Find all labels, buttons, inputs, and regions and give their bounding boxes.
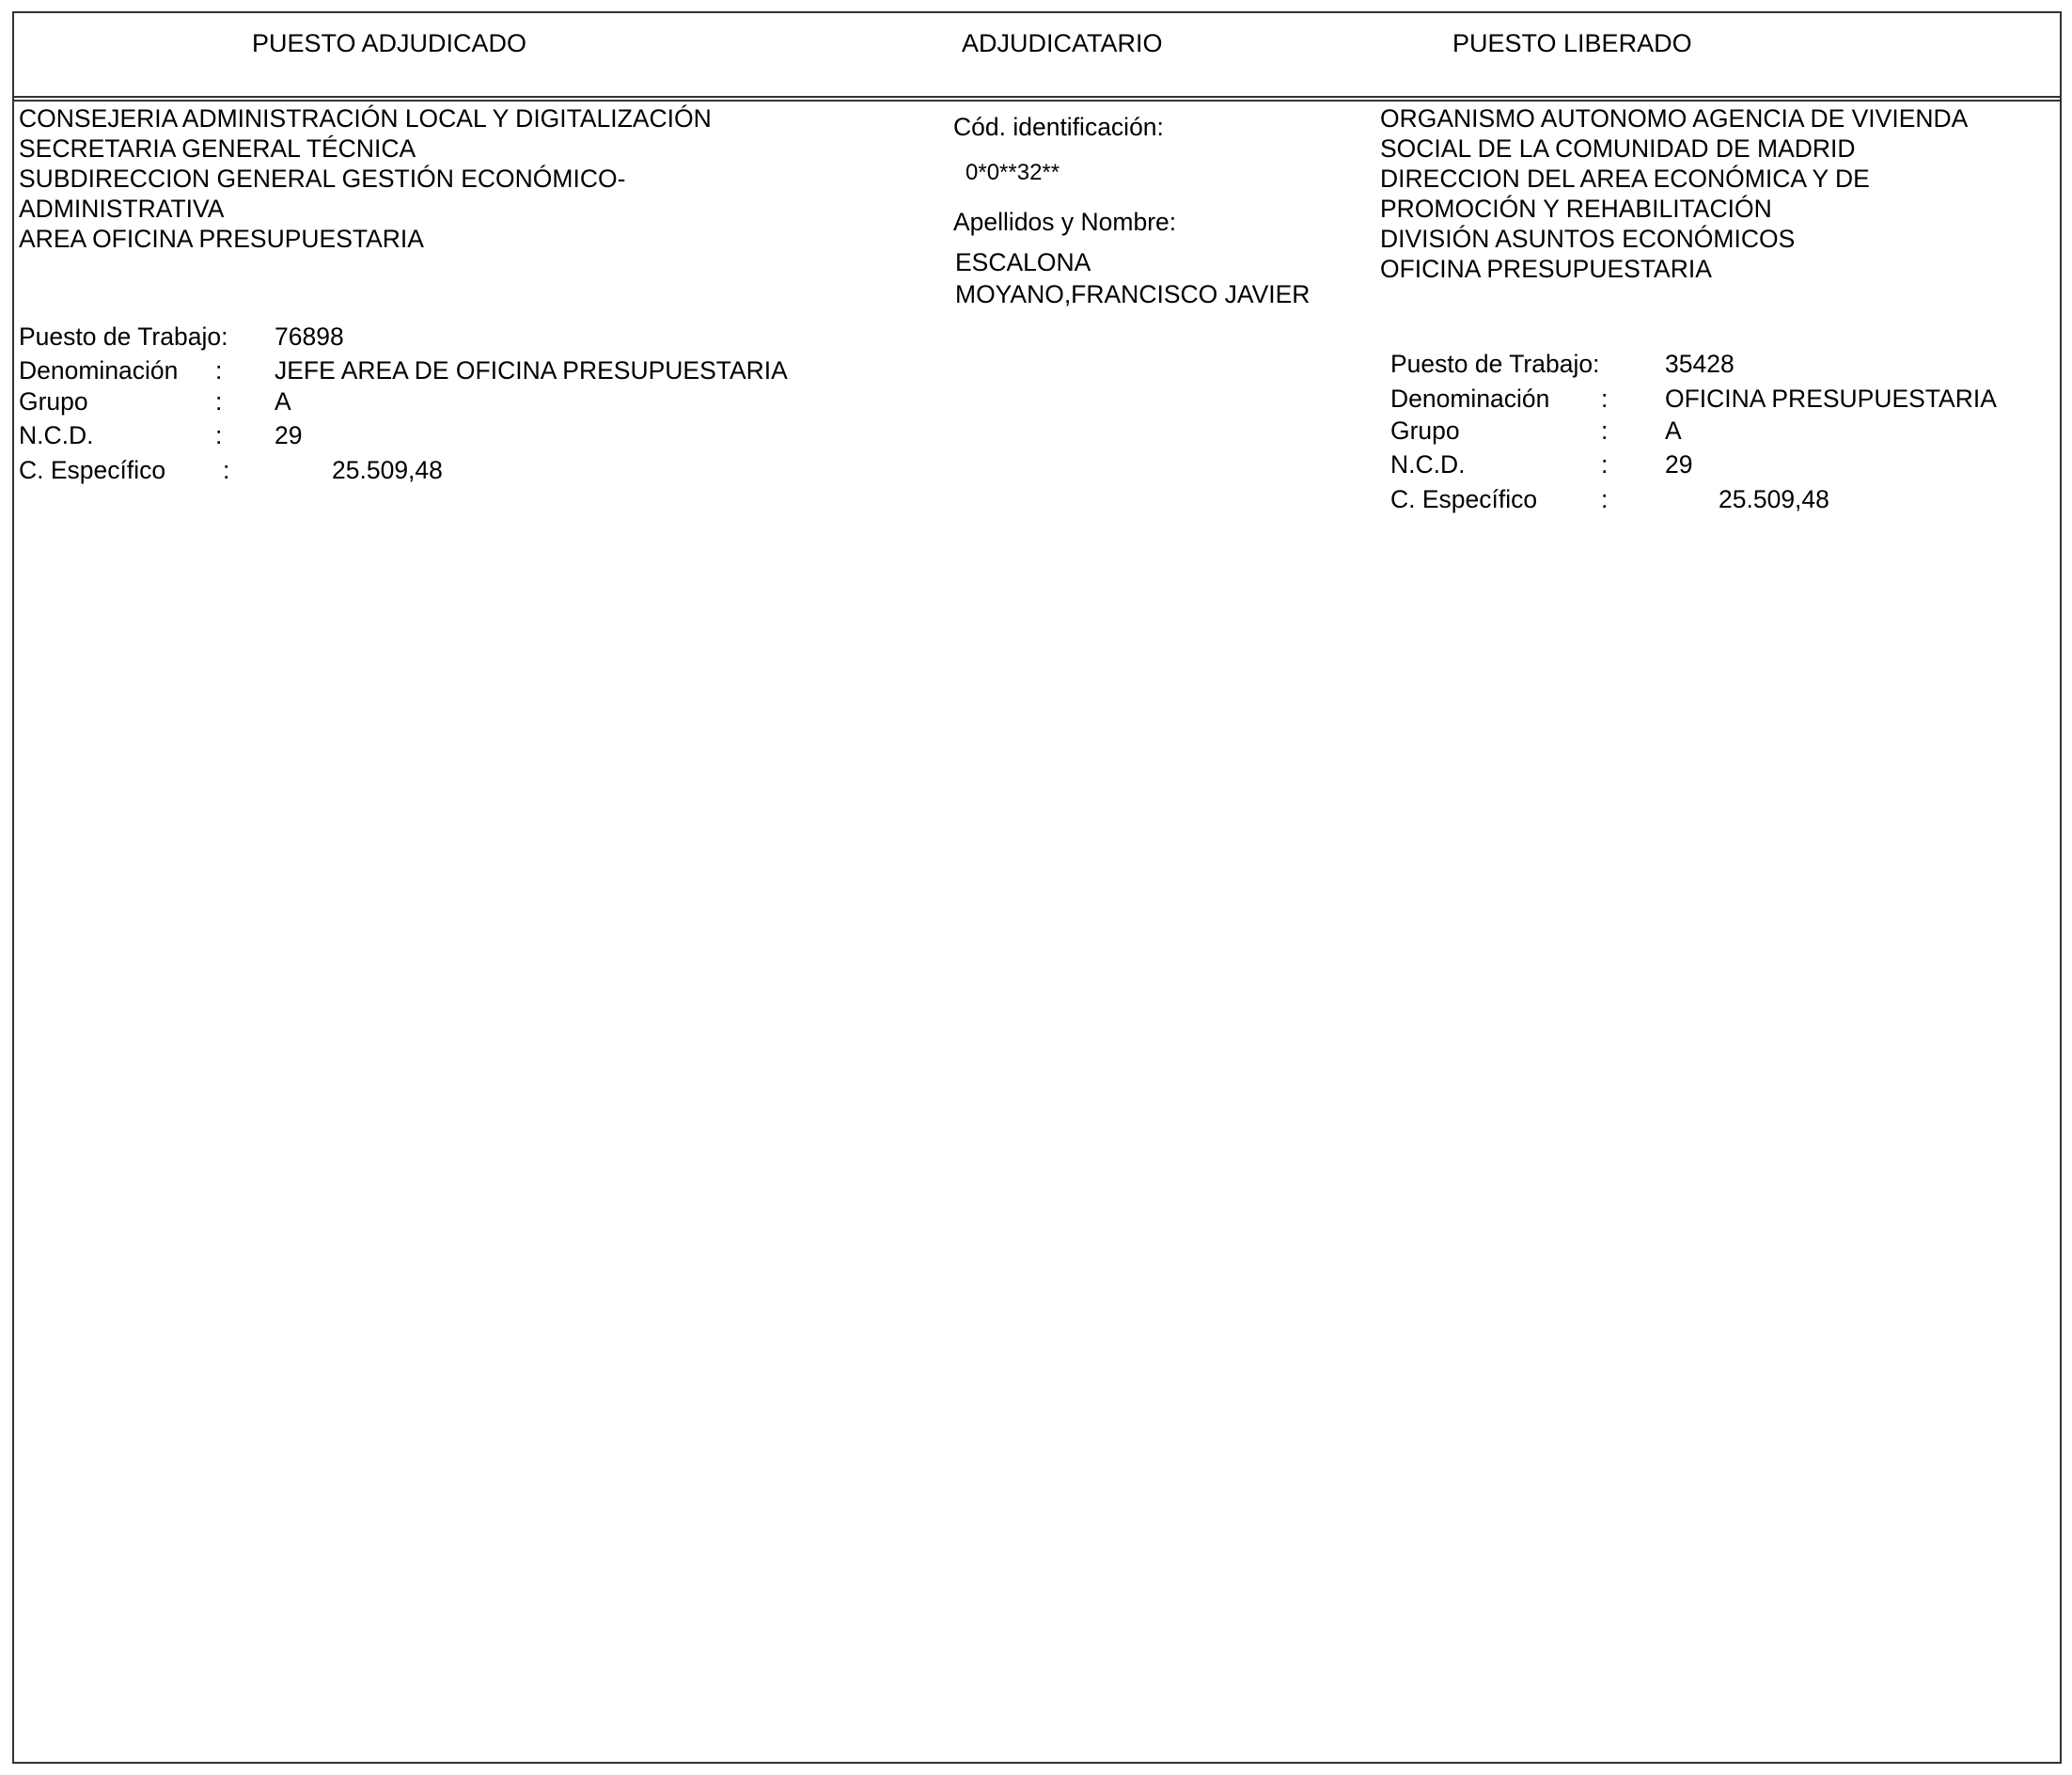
puesto-adjudicado-organization: CONSEJERIA ADMINISTRACIÓN LOCAL Y DIGITA…: [19, 103, 712, 254]
colon: :: [215, 420, 222, 450]
grupo-label: Grupo: [19, 386, 88, 416]
puesto-value: 35428: [1665, 349, 1735, 379]
org-line: OFICINA PRESUPUESTARIA: [1380, 254, 1968, 284]
puesto-label: Puesto de Trabajo:: [1390, 349, 1599, 379]
colon: :: [1601, 416, 1608, 446]
codigo-value: 0*0**32**: [965, 158, 1060, 188]
nombre-line: MOYANO,FRANCISCO JAVIER: [955, 278, 1310, 310]
org-line: DIVISIÓN ASUNTOS ECONÓMICOS: [1380, 224, 1968, 254]
denominacion-label: Denominación: [1390, 384, 1549, 414]
grupo-value: A: [275, 386, 291, 416]
denominacion-value: OFICINA PRESUPUESTARIA: [1665, 384, 1997, 414]
org-line: SUBDIRECCION GENERAL GESTIÓN ECONÓMICO-: [19, 164, 712, 194]
denominacion-value: JEFE AREA DE OFICINA PRESUPUESTARIA: [275, 355, 788, 385]
especifico-value: 25.509,48: [332, 455, 443, 485]
ncd-value: 29: [275, 420, 302, 450]
denominacion-label: Denominación: [19, 355, 178, 385]
nombre-label: Apellidos y Nombre:: [953, 207, 1176, 237]
nombre-line: ESCALONA: [955, 246, 1310, 278]
header-puesto-liberado: PUESTO LIBERADO: [1452, 28, 1692, 58]
colon: :: [1601, 384, 1608, 414]
header-divider: [12, 96, 2062, 98]
org-line: DIRECCION DEL AREA ECONÓMICA Y DE: [1380, 164, 1968, 194]
colon: :: [1601, 449, 1608, 479]
header-puesto-adjudicado: PUESTO ADJUDICADO: [252, 28, 526, 58]
codigo-label: Cód. identificación:: [953, 112, 1164, 142]
header-adjudicatario: ADJUDICATARIO: [962, 28, 1163, 58]
org-line: SOCIAL DE LA COMUNIDAD DE MADRID: [1380, 134, 1968, 164]
colon: :: [215, 386, 222, 416]
org-line: ADMINISTRATIVA: [19, 194, 712, 224]
org-line: CONSEJERIA ADMINISTRACIÓN LOCAL Y DIGITA…: [19, 103, 712, 134]
puesto-adjudicado-details: Puesto de Trabajo: 76898 Denominación : …: [19, 322, 865, 510]
ncd-value: 29: [1665, 449, 1692, 479]
colon: :: [215, 355, 222, 385]
org-line: PROMOCIÓN Y REHABILITACIÓN: [1380, 194, 1968, 224]
ncd-label: N.C.D.: [1390, 449, 1466, 479]
ncd-label: N.C.D.: [19, 420, 94, 450]
org-line: ORGANISMO AUTONOMO AGENCIA DE VIVIENDA: [1380, 103, 1968, 134]
puesto-label: Puesto de Trabajo:: [19, 322, 228, 352]
colon: :: [1601, 484, 1608, 514]
grupo-value: A: [1665, 416, 1682, 446]
org-line: AREA OFICINA PRESUPUESTARIA: [19, 224, 712, 254]
header-divider-double: [12, 100, 2062, 102]
detail-row-especifico: C. Específico : 25.509,48: [1390, 484, 1418, 635]
puesto-liberado-details: Puesto de Trabajo: 35428 Denominación : …: [1390, 349, 2048, 537]
nombre-value: ESCALONA MOYANO,FRANCISCO JAVIER: [955, 246, 1310, 310]
grupo-label: Grupo: [1390, 416, 1460, 446]
especifico-label: C. Específico: [1390, 484, 1537, 514]
puesto-value: 76898: [275, 322, 344, 352]
especifico-value: 25.509,48: [1719, 484, 1829, 514]
colon: :: [223, 455, 229, 485]
puesto-liberado-organization: ORGANISMO AUTONOMO AGENCIA DE VIVIENDA S…: [1380, 103, 1968, 284]
especifico-label: C. Específico: [19, 455, 165, 485]
org-line: SECRETARIA GENERAL TÉCNICA: [19, 134, 712, 164]
detail-row-especifico: C. Específico : 25.509,48: [19, 455, 46, 605]
